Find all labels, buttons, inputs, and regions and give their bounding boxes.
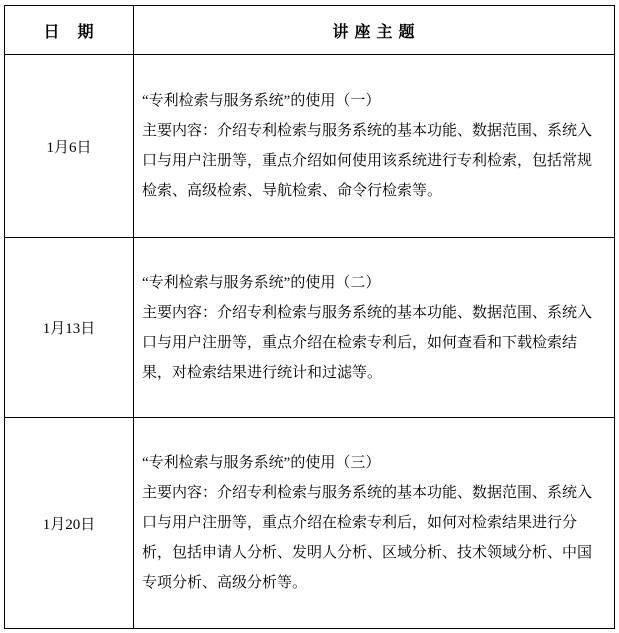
- lecture-title: “专利检索与服务系统”的使用（二）: [142, 268, 604, 298]
- date-cell: 1月20日: [5, 418, 134, 629]
- date-cell: 1月6日: [5, 55, 134, 238]
- lecture-title: “专利检索与服务系统”的使用（三）: [142, 448, 604, 478]
- lecture-description: 主要内容：介绍专利检索与服务系统的基本功能、数据范围、系统入口与用户注册等，重点…: [142, 116, 604, 206]
- table-row: 1月13日 “专利检索与服务系统”的使用（二） 主要内容：介绍专利检索与服务系统…: [5, 238, 615, 418]
- lecture-description: 主要内容：介绍专利检索与服务系统的基本功能、数据范围、系统入口与用户注册等，重点…: [142, 478, 604, 598]
- lecture-title: “专利检索与服务系统”的使用（一）: [142, 86, 604, 116]
- table-header-row: 日 期 讲 座 主 题: [5, 6, 615, 55]
- lecture-schedule-table: 日 期 讲 座 主 题 1月6日 “专利检索与服务系统”的使用（一） 主要内容：…: [4, 5, 615, 629]
- header-cell-date: 日 期: [5, 6, 134, 55]
- date-cell: 1月13日: [5, 238, 134, 418]
- topic-cell: “专利检索与服务系统”的使用（二） 主要内容：介绍专利检索与服务系统的基本功能、…: [134, 238, 615, 418]
- table-row: 1月20日 “专利检索与服务系统”的使用（三） 主要内容：介绍专利检索与服务系统…: [5, 418, 615, 629]
- table-row: 1月6日 “专利检索与服务系统”的使用（一） 主要内容：介绍专利检索与服务系统的…: [5, 55, 615, 238]
- lecture-description: 主要内容：介绍专利检索与服务系统的基本功能、数据范围、系统入口与用户注册等，重点…: [142, 298, 604, 388]
- page: 日 期 讲 座 主 题 1月6日 “专利检索与服务系统”的使用（一） 主要内容：…: [0, 0, 619, 633]
- topic-cell: “专利检索与服务系统”的使用（三） 主要内容：介绍专利检索与服务系统的基本功能、…: [134, 418, 615, 629]
- topic-cell: “专利检索与服务系统”的使用（一） 主要内容：介绍专利检索与服务系统的基本功能、…: [134, 55, 615, 238]
- header-cell-topic: 讲 座 主 题: [134, 6, 615, 55]
